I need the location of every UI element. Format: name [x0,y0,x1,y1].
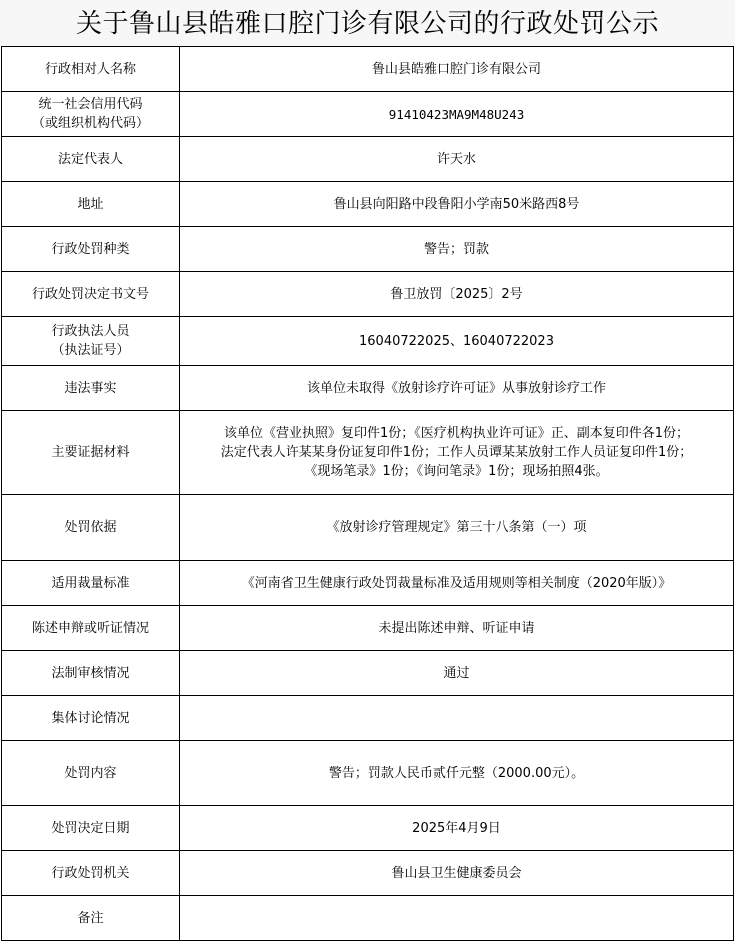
table-row-evidence: 主要证据材料 该单位《营业执照》复印件1份；《医疗机构执业许可证》正、副本复印件… [2,411,734,495]
row-label: 统一社会信用代码 （或组织机构代码） [2,92,180,137]
table-row-penalty-type: 行政处罚种类 警告；罚款 [2,227,734,272]
row-label: 法定代表人 [2,137,180,182]
row-value-party-name: 鲁山县皓雅口腔门诊有限公司 [180,47,734,92]
table-row-remarks: 备注 [2,896,734,941]
row-value-collective-discussion [180,696,734,741]
table-row-decision-date: 处罚决定日期 2025年4月9日 [2,806,734,851]
row-label: 违法事实 [2,366,180,411]
penalty-info-table: 行政相对人名称 鲁山县皓雅口腔门诊有限公司 统一社会信用代码 （或组织机构代码）… [1,46,734,941]
table-row-statement-hearing: 陈述申辩或听证情况 未提出陈述申辩、听证申请 [2,606,734,651]
row-value-discretion-standard: 《河南省卫生健康行政处罚裁量标准及适用规则等相关制度（2020年版）》 [180,561,734,606]
row-label: 主要证据材料 [2,411,180,495]
table-row-party-name: 行政相对人名称 鲁山县皓雅口腔门诊有限公司 [2,47,734,92]
row-value-legal-review: 通过 [180,651,734,696]
table-row-penalty-content: 处罚内容 警告；罚款人民币贰仟元整（2000.00元）。 [2,741,734,806]
row-label: 处罚决定日期 [2,806,180,851]
row-value-decision-date: 2025年4月9日 [180,806,734,851]
row-value-statement-hearing: 未提出陈述申辩、听证申请 [180,606,734,651]
table-row-collective-discussion: 集体讨论情况 [2,696,734,741]
row-label: 地址 [2,182,180,227]
table-row-enforcement-officers: 行政执法人员 （执法证号） 16040722025、16040722023 [2,317,734,366]
row-value-penalty-authority: 鲁山县卫生健康委员会 [180,851,734,896]
row-value-legal-representative: 许天水 [180,137,734,182]
row-value-enforcement-officers: 16040722025、16040722023 [180,317,734,366]
table-row-credit-code: 统一社会信用代码 （或组织机构代码） 91410423MA9M48U243 [2,92,734,137]
row-label: 行政处罚决定书文号 [2,272,180,317]
row-label: 集体讨论情况 [2,696,180,741]
row-label: 陈述申辩或听证情况 [2,606,180,651]
row-label: 行政处罚机关 [2,851,180,896]
row-label: 处罚内容 [2,741,180,806]
row-value-penalty-content: 警告；罚款人民币贰仟元整（2000.00元）。 [180,741,734,806]
table-row-penalty-authority: 行政处罚机关 鲁山县卫生健康委员会 [2,851,734,896]
table-row-address: 地址 鲁山县向阳路中段鲁阳小学南50米路西8号 [2,182,734,227]
row-value-penalty-basis: 《放射诊疗管理规定》第三十八条第（一）项 [180,495,734,561]
table-row-penalty-basis: 处罚依据 《放射诊疗管理规定》第三十八条第（一）项 [2,495,734,561]
row-value-remarks [180,896,734,941]
row-value-credit-code: 91410423MA9M48U243 [180,92,734,137]
row-value-address: 鲁山县向阳路中段鲁阳小学南50米路西8号 [180,182,734,227]
table-row-decision-number: 行政处罚决定书文号 鲁卫放罚〔2025〕2号 [2,272,734,317]
table-row-legal-representative: 法定代表人 许天水 [2,137,734,182]
row-value-evidence: 该单位《营业执照》复印件1份；《医疗机构执业许可证》正、副本复印件各1份； 法定… [180,411,734,495]
table-row-violation-facts: 违法事实 该单位未取得《放射诊疗许可证》从事放射诊疗工作 [2,366,734,411]
table-row-discretion-standard: 适用裁量标准 《河南省卫生健康行政处罚裁量标准及适用规则等相关制度（2020年版… [2,561,734,606]
row-label: 适用裁量标准 [2,561,180,606]
row-label: 法制审核情况 [2,651,180,696]
row-label: 行政相对人名称 [2,47,180,92]
row-value-penalty-type: 警告；罚款 [180,227,734,272]
table-row-legal-review: 法制审核情况 通过 [2,651,734,696]
row-value-decision-number: 鲁卫放罚〔2025〕2号 [180,272,734,317]
row-value-violation-facts: 该单位未取得《放射诊疗许可证》从事放射诊疗工作 [180,366,734,411]
row-label: 行政处罚种类 [2,227,180,272]
row-label: 行政执法人员 （执法证号） [2,317,180,366]
page-title: 关于鲁山县皓雅口腔门诊有限公司的行政处罚公示 [0,0,735,46]
row-label: 备注 [2,896,180,941]
row-label: 处罚依据 [2,495,180,561]
